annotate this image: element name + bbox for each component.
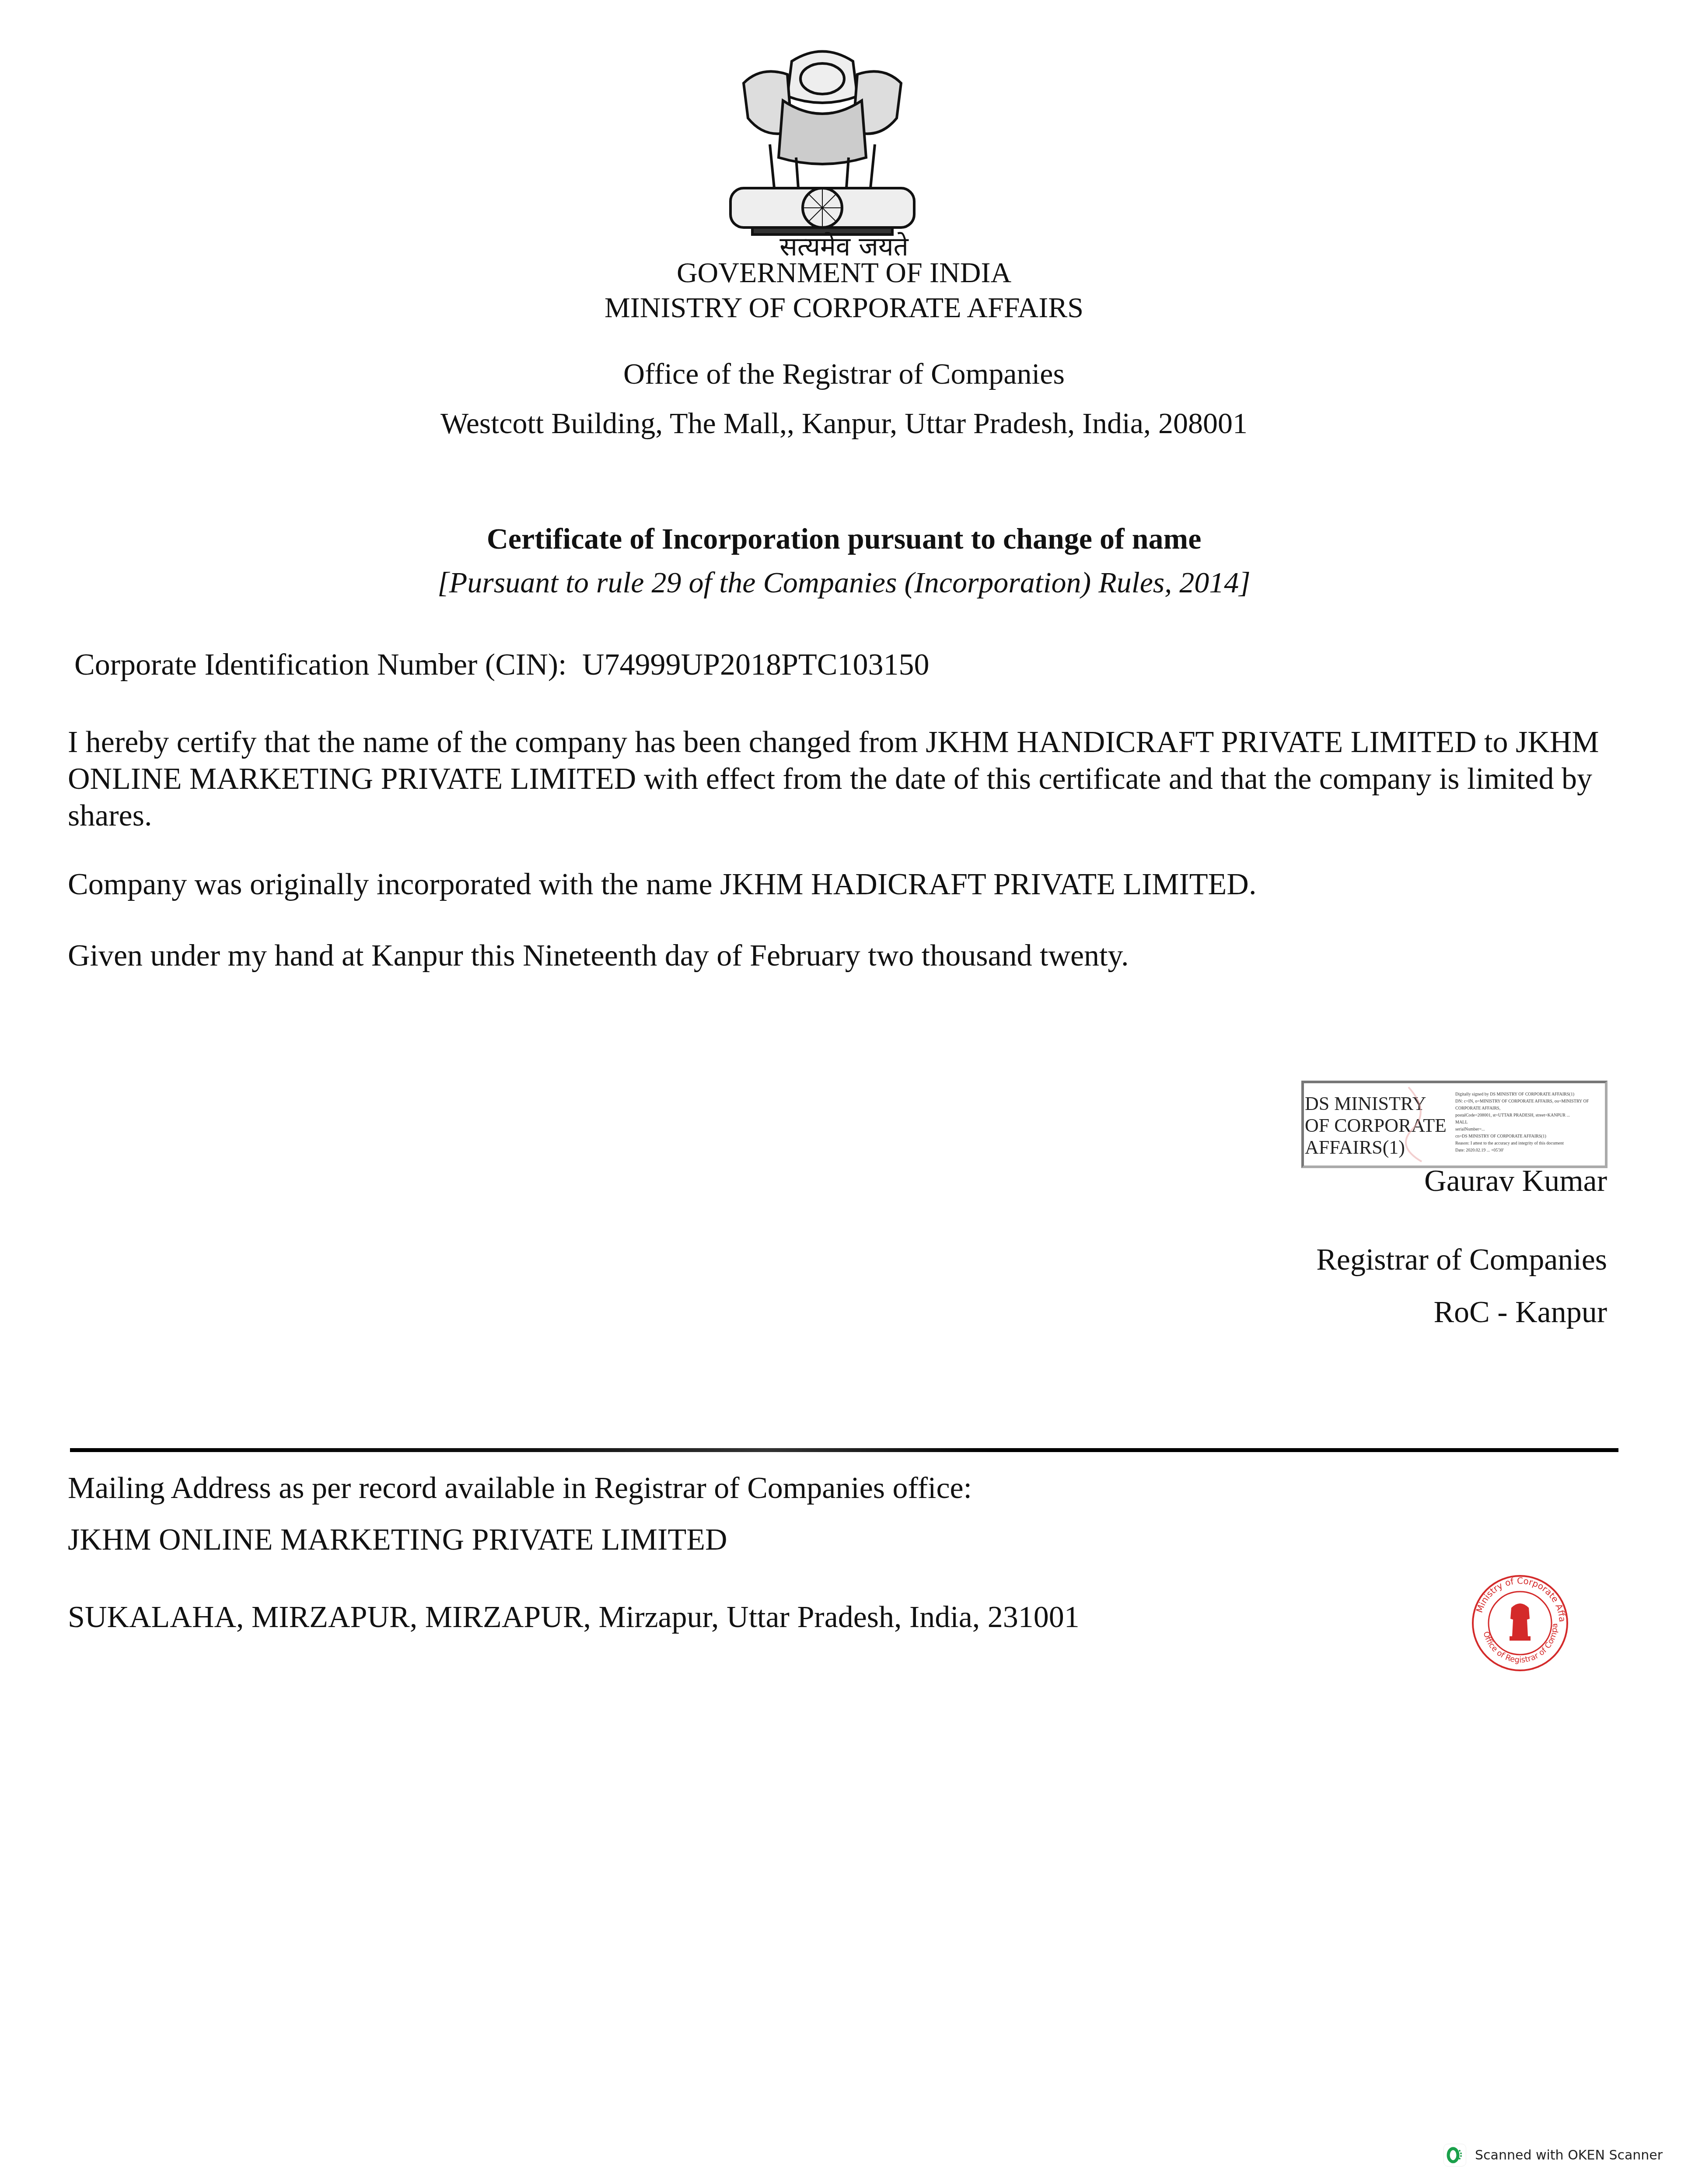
scanner-watermark: Scanned with OKEN Scanner — [1443, 2144, 1663, 2166]
mailing-company-name: JKHM ONLINE MARKETING PRIVATE LIMITED — [68, 1522, 1625, 1558]
original-name-paragraph: Company was originally incorporated with… — [68, 866, 1625, 903]
office-name: Office of the Registrar of Companies — [0, 357, 1688, 391]
given-under-hand-paragraph: Given under my hand at Kanpur this Ninet… — [68, 938, 1625, 974]
certificate-title: Certificate of Incorporation pursuant to… — [0, 521, 1688, 556]
signature-validity-mark-icon — [1391, 1085, 1443, 1164]
state-emblem-icon — [717, 44, 927, 249]
signer-title: Registrar of Companies — [1316, 1242, 1607, 1277]
government-heading: GOVERNMENT OF INDIA — [0, 257, 1688, 289]
certification-paragraph: I hereby certify that the name of the co… — [68, 724, 1625, 834]
certificate-subtitle: [Pursuant to rule 29 of the Companies (I… — [0, 565, 1688, 600]
office-address: Westcott Building, The Mall,, Kanpur, Ut… — [0, 406, 1688, 441]
cin-row: Corporate Identification Number (CIN): U… — [74, 647, 1632, 683]
mailing-address-label: Mailing Address as per record available … — [68, 1470, 1625, 1507]
section-divider — [70, 1448, 1618, 1452]
roc-seal-icon: Ministry of Corporate Affairs Office of … — [1468, 1571, 1573, 1676]
digital-signature-box: DS MINISTRY OF CORPORATE AFFAIRS(1) Digi… — [1301, 1081, 1608, 1168]
ministry-heading: MINISTRY OF CORPORATE AFFAIRS — [0, 292, 1688, 324]
watermark-text: Scanned with OKEN Scanner — [1475, 2148, 1663, 2163]
cin-value: U74999UP2018PTC103150 — [582, 648, 929, 682]
mailing-address: SUKALAHA, MIRZAPUR, MIRZAPUR, Mirzapur, … — [68, 1599, 1625, 1636]
oken-scanner-logo-icon — [1443, 2144, 1466, 2166]
signer-office: RoC - Kanpur — [1433, 1295, 1607, 1330]
signature-fine-print: Digitally signed by DS MINISTRY OF CORPO… — [1454, 1083, 1605, 1165]
cin-label: Corporate Identification Number (CIN): — [74, 648, 566, 682]
signer-name: Gaurav Kumar — [1424, 1164, 1607, 1199]
